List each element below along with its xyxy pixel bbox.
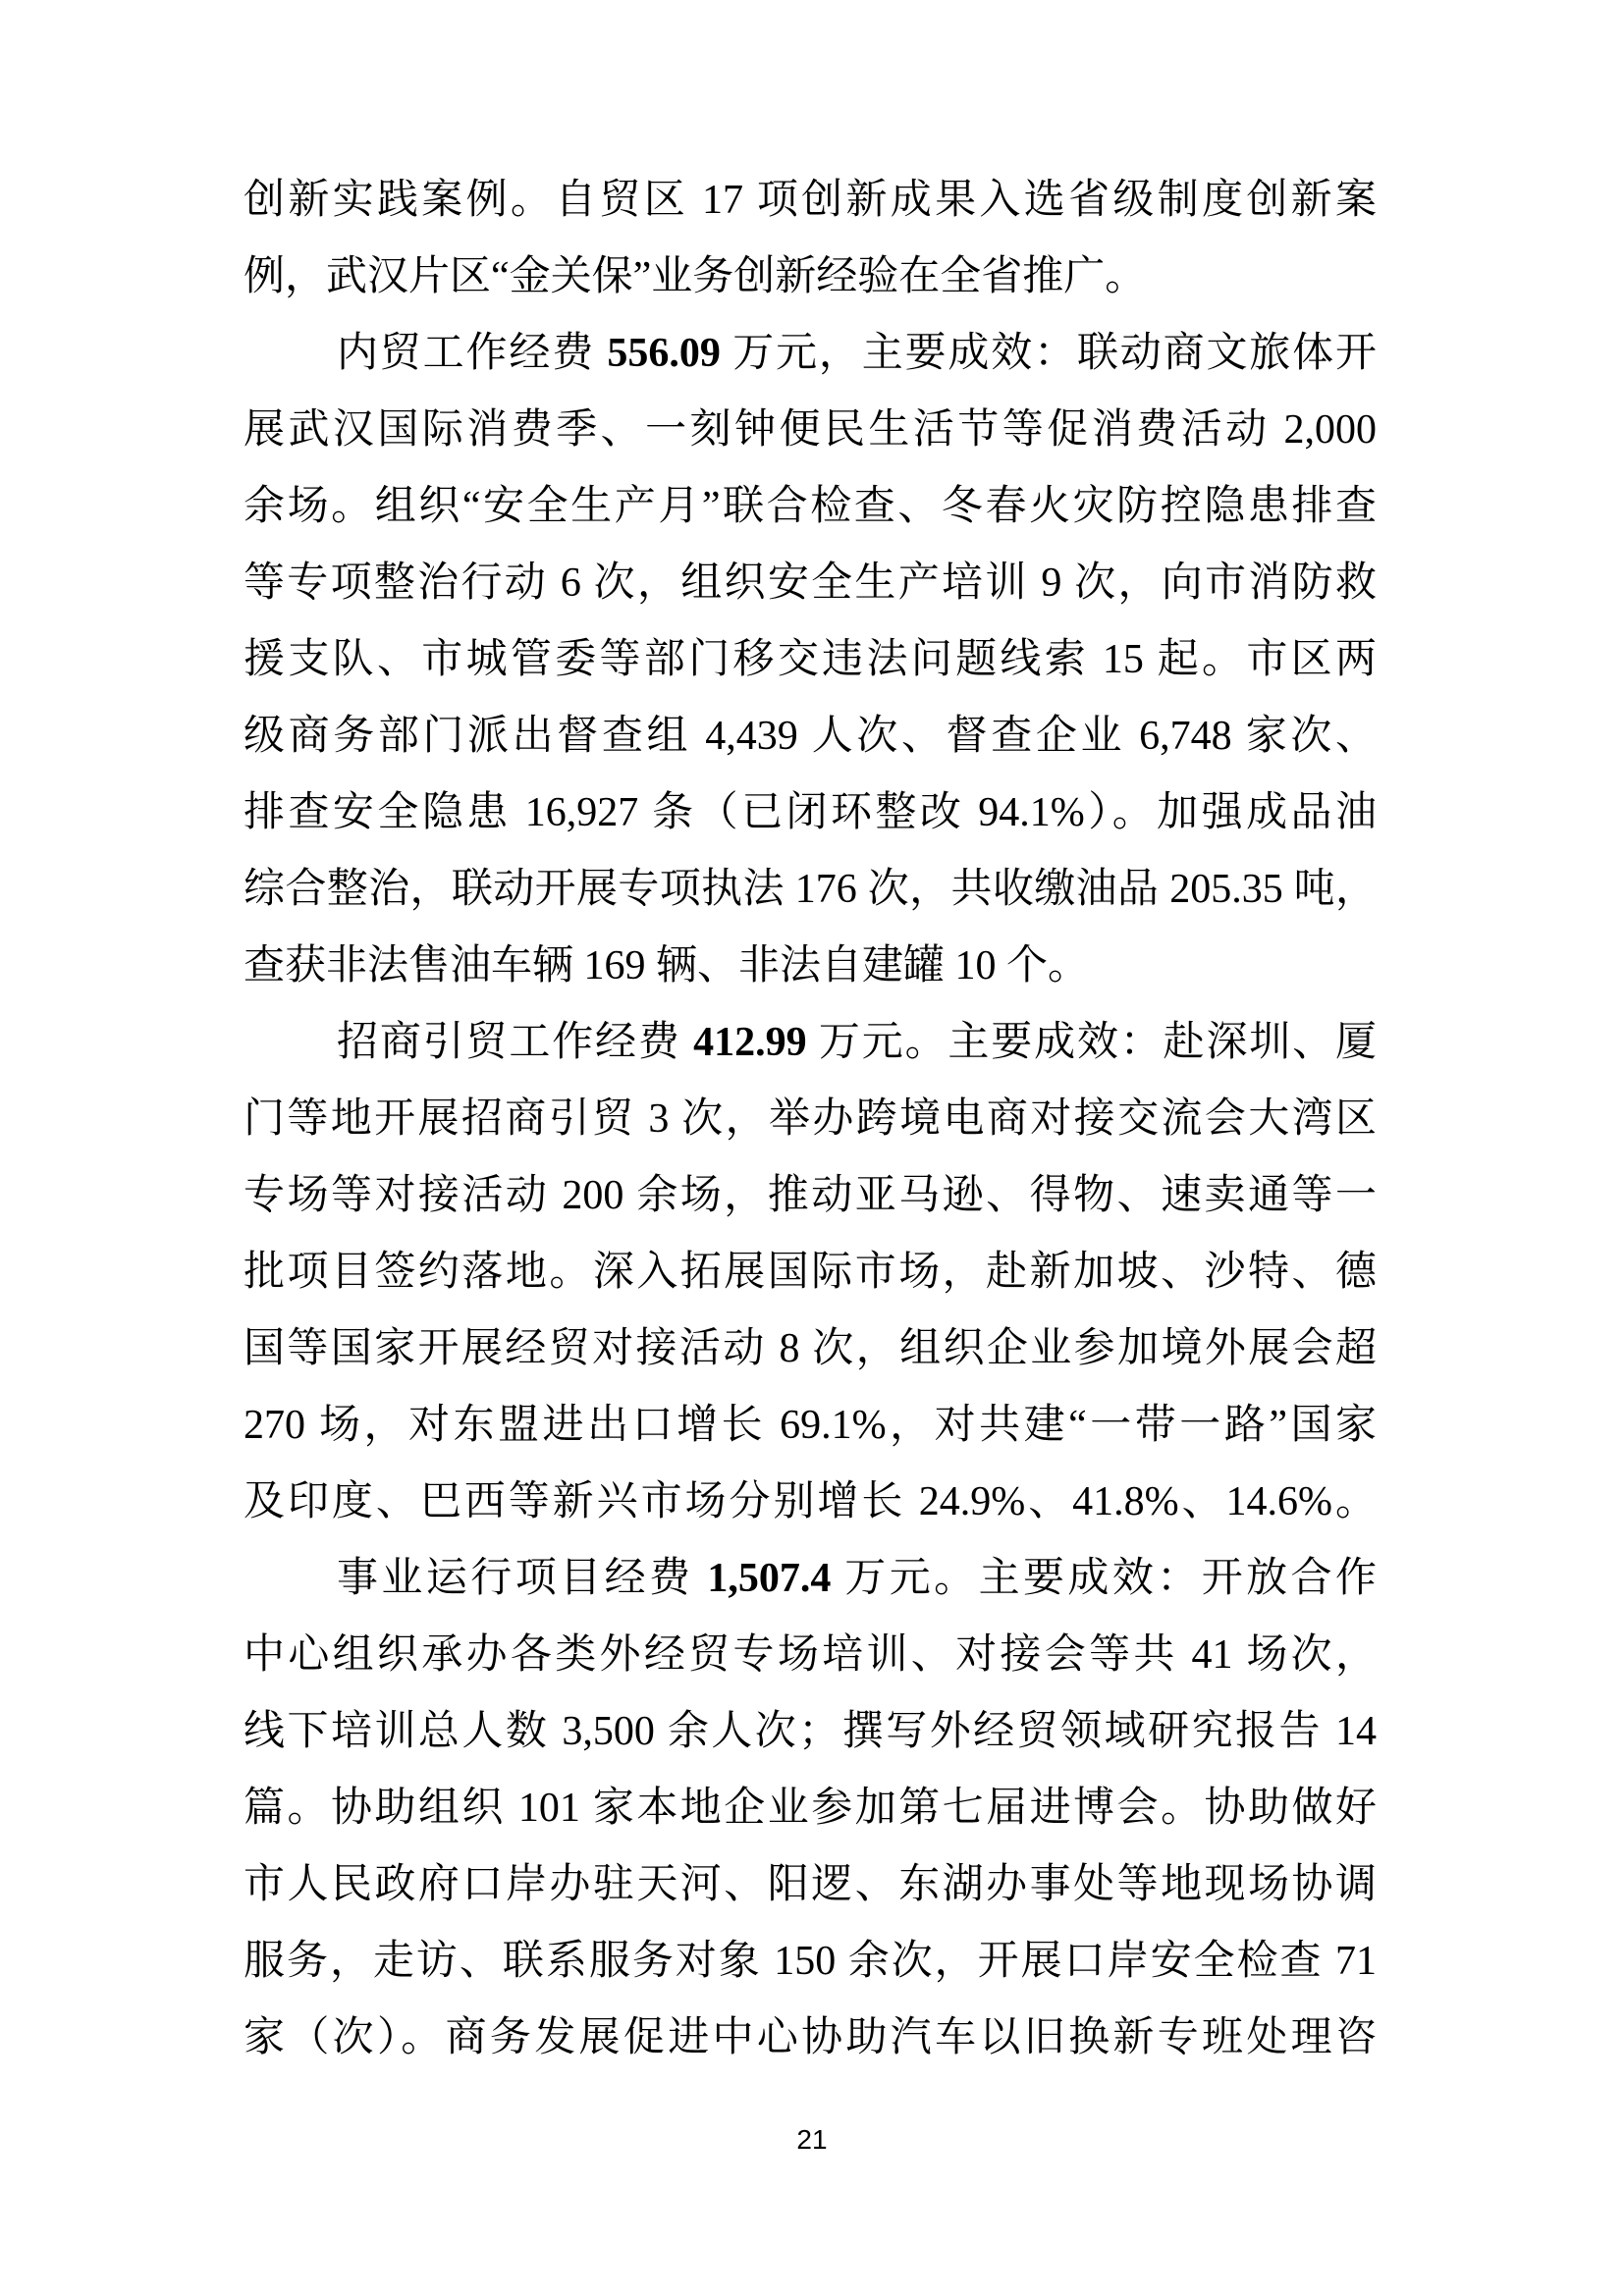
text-segment: 等专项整治行动 6 次，组织安全生产培训 9 次，向市消防救 <box>244 561 1377 606</box>
text-segment: 余场。组织“安全生产月”联合检查、冬春火灾防控隐患排查 <box>244 484 1377 529</box>
text-line: 内贸工作经费 556.09 万元，主要成效：联动商文旅体开 <box>244 315 1377 392</box>
text-line: 展武汉国际消费季、一刻钟便民生活节等促消费活动 2,000 <box>244 392 1377 468</box>
text-segment: 万元。主要成效：开放合作 <box>831 1556 1377 1601</box>
text-line: 级商务部门派出督查组 4,439 人次、督查企业 6,748 家次、 <box>244 698 1377 774</box>
text-line: 援支队、市城管委等部门移交违法问题线索 15 起。市区两 <box>244 621 1377 698</box>
text-segment: 270 场，对东盟进出口增长 69.1%，对共建“一带一路”国家 <box>244 1403 1377 1448</box>
text-segment: 及印度、巴西等新兴市场分别增长 24.9%、41.8%、14.6%。 <box>244 1479 1377 1524</box>
text-segment: 万元，主要成效：联动商文旅体开 <box>721 331 1377 376</box>
text-line: 招商引贸工作经费 412.99 万元。主要成效：赴深圳、厦 <box>244 1004 1377 1081</box>
text-segment: 篇。协助组织 101 家本地企业参加第七届进博会。协助做好 <box>244 1786 1377 1831</box>
body-text: 创新实践案例。自贸区 17 项创新成果入选省级制度创新案例，武汉片区“金关保”业… <box>244 162 1377 2076</box>
text-segment: 专场等对接活动 200 余场，推动亚马逊、得物、速卖通等一 <box>244 1173 1377 1218</box>
text-segment: 市人民政府口岸办驻天河、阳逻、东湖办事处等地现场协调 <box>244 1862 1377 1907</box>
text-line: 线下培训总人数 3,500 余人次；撰写外经贸领域研究报告 14 <box>244 1693 1377 1770</box>
text-segment: 援支队、市城管委等部门移交违法问题线索 15 起。市区两 <box>244 637 1377 682</box>
text-segment: 排查安全隐患 16,927 条（已闭环整改 94.1%）。加强成品油 <box>244 790 1377 835</box>
text-segment: 国等国家开展经贸对接活动 8 次，组织企业参加境外展会超 <box>244 1326 1377 1371</box>
text-line: 家（次）。商务发展促进中心协助汽车以旧换新专班处理咨 <box>244 2000 1377 2076</box>
text-segment: 内贸工作经费 <box>337 331 607 376</box>
text-segment: 创新实践案例。自贸区 17 项创新成果入选省级制度创新案 <box>244 178 1377 223</box>
text-segment: 综合整治，联动开展专项执法 176 次，共收缴油品 205.35 吨， <box>244 867 1377 912</box>
text-segment: 门等地开展招商引贸 3 次，举办跨境电商对接交流会大湾区 <box>244 1096 1377 1142</box>
text-line: 余场。组织“安全生产月”联合检查、冬春火灾防控隐患排查 <box>244 468 1377 545</box>
text-segment: 招商引贸工作经费 <box>337 1020 693 1065</box>
text-segment: 事业运行项目经费 <box>337 1556 707 1601</box>
text-segment: 1,507.4 <box>707 1556 831 1601</box>
text-segment: 万元。主要成效：赴深圳、厦 <box>807 1020 1377 1065</box>
text-line: 服务，走访、联系服务对象 150 余次，开展口岸安全检查 71 <box>244 1923 1377 2000</box>
text-line: 事业运行项目经费 1,507.4 万元。主要成效：开放合作 <box>244 1540 1377 1617</box>
text-line: 270 场，对东盟进出口增长 69.1%，对共建“一带一路”国家 <box>244 1387 1377 1464</box>
text-segment: 展武汉国际消费季、一刻钟便民生活节等促消费活动 2,000 <box>244 407 1377 453</box>
text-segment: 线下培训总人数 3,500 余人次；撰写外经贸领域研究报告 14 <box>244 1709 1377 1754</box>
text-line: 查获非法售油车辆 169 辆、非法自建罐 10 个。 <box>244 928 1377 1004</box>
text-segment: 中心组织承办各类外经贸专场培训、对接会等共 41 场次， <box>244 1632 1377 1678</box>
document-page: 创新实践案例。自贸区 17 项创新成果入选省级制度创新案例，武汉片区“金关保”业… <box>0 0 1624 2296</box>
text-segment: 级商务部门派出督查组 4,439 人次、督查企业 6,748 家次、 <box>244 714 1377 759</box>
text-segment: 556.09 <box>607 331 721 376</box>
text-line: 例，武汉片区“金关保”业务创新经验在全省推广。 <box>244 239 1377 315</box>
text-line: 创新实践案例。自贸区 17 项创新成果入选省级制度创新案 <box>244 162 1377 239</box>
text-line: 综合整治，联动开展专项执法 176 次，共收缴油品 205.35 吨， <box>244 851 1377 928</box>
text-line: 门等地开展招商引贸 3 次，举办跨境电商对接交流会大湾区 <box>244 1081 1377 1157</box>
text-segment: 服务，走访、联系服务对象 150 余次，开展口岸安全检查 71 <box>244 1939 1377 1984</box>
text-line: 及印度、巴西等新兴市场分别增长 24.9%、41.8%、14.6%。 <box>244 1464 1377 1540</box>
text-segment: 例，武汉片区“金关保”业务创新经验在全省推广。 <box>244 254 1146 299</box>
text-segment: 家（次）。商务发展促进中心协助汽车以旧换新专班处理咨 <box>244 2015 1377 2060</box>
text-line: 批项目签约落地。深入拓展国际市场，赴新加坡、沙特、德 <box>244 1234 1377 1310</box>
text-line: 排查安全隐患 16,927 条（已闭环整改 94.1%）。加强成品油 <box>244 774 1377 851</box>
text-segment: 412.99 <box>693 1020 807 1065</box>
text-line: 市人民政府口岸办驻天河、阳逻、东湖办事处等地现场协调 <box>244 1846 1377 1923</box>
text-line: 中心组织承办各类外经贸专场培训、对接会等共 41 场次， <box>244 1617 1377 1693</box>
text-line: 国等国家开展经贸对接活动 8 次，组织企业参加境外展会超 <box>244 1310 1377 1387</box>
text-line: 篇。协助组织 101 家本地企业参加第七届进博会。协助做好 <box>244 1770 1377 1846</box>
text-segment: 批项目签约落地。深入拓展国际市场，赴新加坡、沙特、德 <box>244 1250 1377 1295</box>
text-line: 专场等对接活动 200 余场，推动亚马逊、得物、速卖通等一 <box>244 1157 1377 1234</box>
text-line: 等专项整治行动 6 次，组织安全生产培训 9 次，向市消防救 <box>244 545 1377 621</box>
page-number: 21 <box>0 2120 1624 2160</box>
text-segment: 查获非法售油车辆 169 辆、非法自建罐 10 个。 <box>244 943 1089 988</box>
